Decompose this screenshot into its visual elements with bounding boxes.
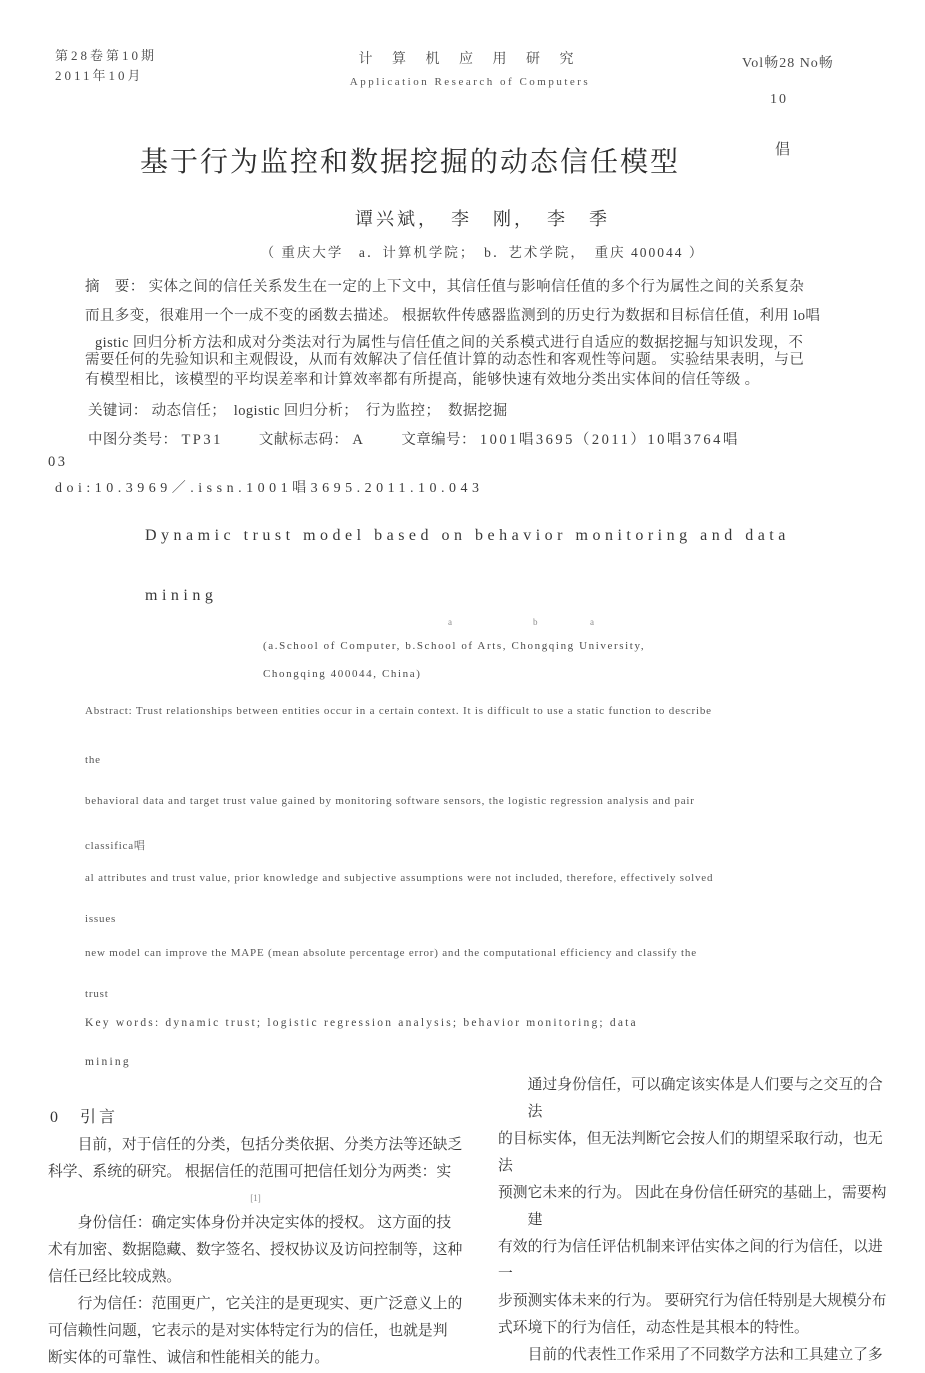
clc-label: 中图分类号： [88, 432, 177, 448]
meta-line: 中图分类号： TP31 文献标志码： A 文章编号： 1001唱3695（201… [88, 428, 740, 449]
header-volume-cn: 第28卷第10期 [55, 46, 157, 66]
article-id-value: 1001唱3695（2011）10唱3764唱 [480, 432, 740, 448]
body-line: 信任已经比较成熟。 [48, 1264, 463, 1291]
abstract-en-line: issues [85, 913, 116, 925]
keywords-cn-label: 关键词： [88, 403, 148, 419]
doc-code-value: A [352, 432, 365, 448]
body-line: 法 [498, 1153, 925, 1180]
body-line: 术有加密、数据隐藏、数字签名、授权协议及访问控制等，这种 [48, 1237, 463, 1264]
paper-title-en-line2: mining [145, 587, 217, 605]
body-line: 通过身份信任，可以确定该实体是人们要与之交互的合 [498, 1072, 925, 1099]
body-line: 式环境下的行为信任，动态性是其根本的特性。 [498, 1315, 925, 1342]
header-volume-en: Vol畅28 No畅 [742, 52, 834, 72]
abstract-en-line: behavioral data and target trust value g… [85, 795, 695, 807]
journal-title-en: Application Research of Computers [320, 76, 620, 88]
keywords-cn-line: 关键词： 动态信任； logistic 回归分析； 行为监控； 数据挖掘 [88, 399, 508, 420]
section-number: 0 [50, 1109, 58, 1126]
clc-value: TP31 [181, 432, 222, 448]
body-line: 断实体的可靠性、诚信和性能相关的能力。 [48, 1345, 463, 1372]
body-line: 预测它未来的行为。 因此在身份信任研究的基础上，需要构 [498, 1180, 925, 1207]
abstract-cn-label: 摘 要： [85, 279, 145, 295]
keywords-en-line2: mining [85, 1056, 131, 1068]
paper-title-cn: 基于行为监控和数据挖掘的动态信任模型 [60, 140, 760, 180]
body-line: 建 [498, 1207, 925, 1234]
body-line: 一 [498, 1261, 925, 1288]
abstract-en-line: classifica唱 [85, 837, 146, 853]
paper-page: 第28卷第10期 2011年10月 计 算 机 应 用 研 究 Applicat… [0, 0, 925, 1373]
author-superscript: a [590, 617, 594, 627]
article-id-label: 文章编号： [401, 432, 476, 448]
doc-code-label: 文献标志码： [259, 432, 348, 448]
abstract-cn-line: 需要任何的先验知识和主观假设，从而有效解决了信任值计算的动态性和客观性等问题。 … [85, 348, 804, 369]
author-superscript: a [448, 617, 452, 627]
keywords-cn-text: 动态信任； logistic 回归分析； 行为监控； 数据挖掘 [152, 403, 508, 419]
body-line: 行为信任：范围更广，它关注的是更现实、更广泛意义上的 [48, 1291, 463, 1318]
body-line: 可信赖性问题，它表示的是对实体特定行为的信任，也就是判 [48, 1318, 463, 1345]
body-line: 目前的代表性工作采用了不同数学方法和工具建立了多 [498, 1342, 925, 1369]
header-issue-no: 10 [770, 92, 788, 108]
article-id-wrap: 03 [48, 454, 68, 471]
intro-left-column: 目前，对于信任的分类，包括分类依据、分类方法等还缺乏 科学、系统的研究。 根据信… [48, 1132, 463, 1372]
abstract-en-line: al attributes and trust value, prior kno… [85, 872, 713, 884]
journal-title-cn: 计 算 机 应 用 研 究 [320, 48, 620, 68]
body-line: 科学、系统的研究。 根据信任的范围可把信任划分为两类：实 [48, 1159, 463, 1186]
header-issue-block: 第28卷第10期 2011年10月 [55, 46, 157, 86]
section-title: 引言 [80, 1109, 118, 1126]
citation-mark: [1] [48, 1186, 463, 1210]
body-line: 有效的行为信任评估机制来评估实体之间的行为信任，以进 [498, 1234, 925, 1261]
body-line: 的目标实体，但无法判断它会按人们的期望采取行动，也无 [498, 1126, 925, 1153]
author-superscript: b [533, 617, 538, 627]
keywords-en-line1: Key words: dynamic trust; logistic regre… [85, 1017, 638, 1029]
abstract-cn-line: 有模型相比，该模型的平均误差率和计算效率都有所提高，能够快速有效地分类出实体间的… [85, 368, 760, 389]
abstract-en-line: trust [85, 988, 109, 1000]
affiliation-en-line1: (a.School of Computer, b.School of Arts,… [263, 640, 645, 652]
abstract-cn-text: 实体之间的信任关系发生在一定的上下文中，其信任值与影响信任值的多个行为属性之间的… [149, 279, 805, 295]
title-footnote-mark: 倡 [775, 138, 790, 159]
paper-title-en-line1: Dynamic trust model based on behavior mo… [145, 527, 790, 545]
abstract-cn-line: 摘 要： 实体之间的信任关系发生在一定的上下文中，其信任值与影响信任值的多个行为… [85, 275, 804, 296]
intro-right-column: 通过身份信任，可以确定该实体是人们要与之交互的合 法 的目标实体，但无法判断它会… [498, 1072, 925, 1369]
section-heading-intro: 0引言 [50, 1104, 118, 1127]
body-line: 步预测实体未来的行为。 要研究行为信任特别是大规模分布 [498, 1288, 925, 1315]
abstract-cn-line: 而且多变，很难用一个一成不变的函数去描述。 根据软件传感器监测到的历史行为数据和… [85, 304, 820, 325]
affiliation-cn: （ 重庆大学 a．计算机学院； b．艺术学院， 重庆 400044 ） [40, 241, 925, 261]
authors-cn: 谭兴斌， 李 刚， 李 季 [40, 205, 925, 231]
abstract-en-line: Abstract: Trust relationships between en… [85, 705, 712, 717]
doi-line: doi:10.3969／.issn.1001唱3695.2011.10.043 [55, 477, 484, 497]
abstract-en-line: the [85, 754, 101, 766]
header-journal-block: 计 算 机 应 用 研 究 Application Research of Co… [320, 48, 620, 88]
body-line: 目前，对于信任的分类，包括分类依据、分类方法等还缺乏 [48, 1132, 463, 1159]
body-line: 身份信任：确定实体身份并决定实体的授权。 这方面的技 [48, 1210, 463, 1237]
header-date-cn: 2011年10月 [55, 66, 157, 86]
abstract-en-line: new model can improve the MAPE (mean abs… [85, 947, 697, 959]
affiliation-en-line2: Chongqing 400044, China) [263, 668, 421, 680]
body-line: 法 [498, 1099, 925, 1126]
